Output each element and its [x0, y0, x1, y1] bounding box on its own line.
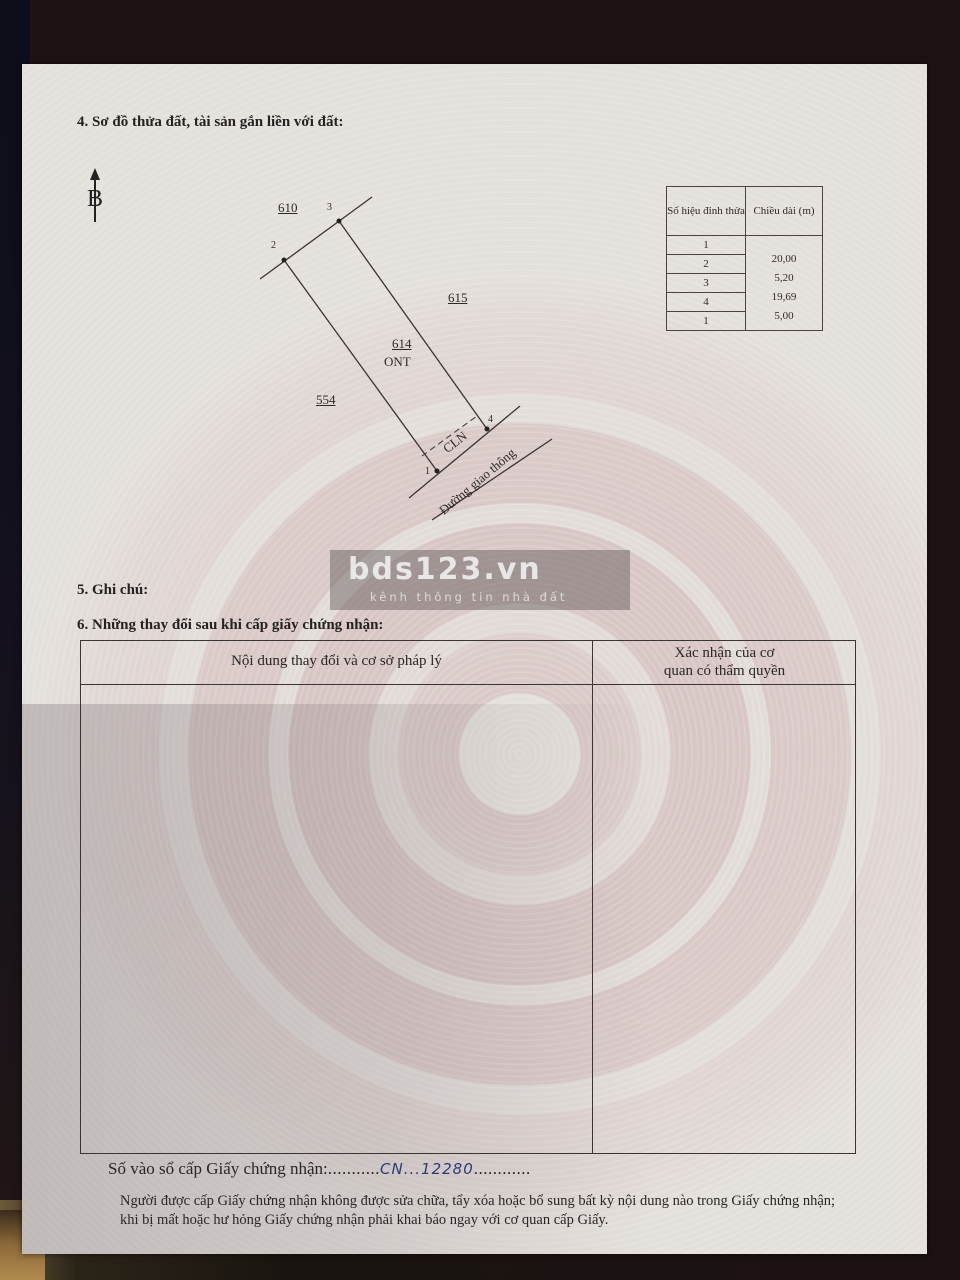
vertex-cell: 3 — [667, 274, 746, 293]
boundary-length-table: Số hiệu đỉnh thửa Chiều dài (m) 1 20,00 … — [666, 186, 823, 331]
parcel-label-610: 610 — [278, 200, 298, 216]
vertex-label-3: 3 — [327, 202, 332, 213]
certificate-register-number: Số vào sổ cấp Giấy chứng nhận:..........… — [108, 1159, 531, 1179]
vertex-cell: 1 — [667, 236, 746, 255]
vertex-label-1: 1 — [425, 466, 430, 477]
notice-text: Người được cấp Giấy chứng nhận không đượ… — [120, 1192, 840, 1230]
parcel-label-554: 554 — [316, 392, 336, 408]
cert-number-value: CN...12280 — [380, 1160, 474, 1178]
length-value: 5,00 — [746, 307, 822, 326]
header-vertex-number: Số hiệu đỉnh thửa — [667, 187, 746, 236]
changes-table: Nội dung thay đổi và cơ sở pháp lý Xác n… — [80, 640, 856, 1154]
length-value: 5,20 — [746, 269, 822, 288]
vertex-cell: 4 — [667, 293, 746, 312]
length-value: 19,69 — [746, 288, 822, 307]
column-divider — [592, 641, 593, 1153]
certificate-page: 4. Sơ đồ thửa đất, tài sản gắn liền với … — [22, 64, 927, 1254]
header-length: Chiều dài (m) — [746, 187, 823, 236]
vertex-label-4: 4 — [488, 414, 493, 425]
length-value: 20,00 — [746, 250, 822, 269]
change-content-cell — [81, 686, 592, 1154]
header-change-content: Nội dung thay đổi và cơ sở pháp lý — [81, 653, 592, 670]
vertex-cell: 1 — [667, 312, 746, 331]
main-parcel-land-type: ONT — [384, 354, 411, 370]
vertex-cell: 2 — [667, 255, 746, 274]
vertex-label-2: 2 — [271, 240, 276, 251]
main-parcel-number: 614 — [392, 336, 412, 352]
section-6-heading: 6. Những thay đổi sau khi cấp giấy chứng… — [77, 617, 383, 634]
section-5-heading: 5. Ghi chú: — [77, 582, 148, 599]
authority-confirmation-cell — [594, 686, 856, 1154]
length-values-cell: 20,00 5,20 19,69 5,00 — [746, 236, 823, 331]
cert-number-label: Số vào sổ cấp Giấy chứng nhận: — [108, 1159, 328, 1178]
header-authority-confirmation: Xác nhận của cơ quan có thẩm quyền — [592, 644, 857, 680]
parcel-label-615: 615 — [448, 290, 468, 306]
